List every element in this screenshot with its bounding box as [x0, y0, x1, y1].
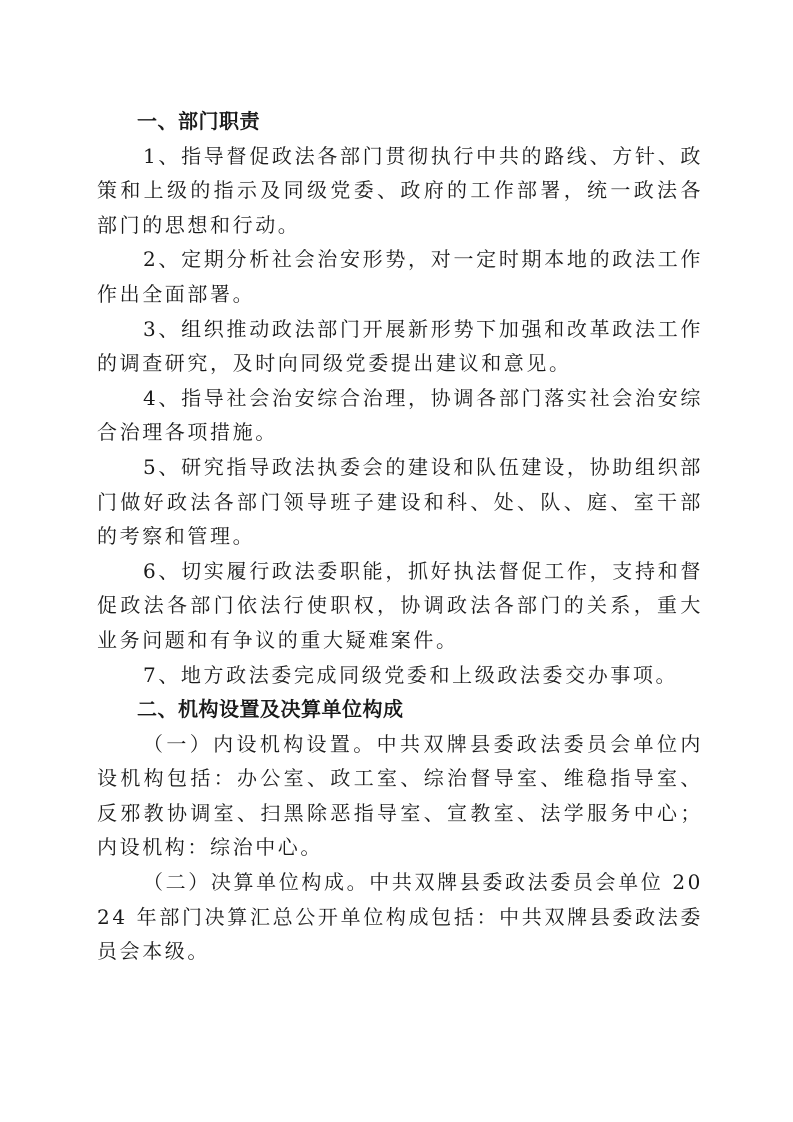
duty-item-7: 7、地方政法委完成同级党委和上级政法委交办事项。: [97, 658, 703, 693]
document-page: 一、部门职责 1、指导督促政法各部门贯彻执行中共的路线、方针、政策和上级的指示及…: [97, 104, 703, 969]
org-item-internal-setup: （一）内设机构设置。中共双牌县委政法委员会单位内设机构包括：办公室、政工室、综治…: [97, 727, 703, 865]
duty-item-3: 3、组织推动政法部门开展新形势下加强和改革政法工作的调查研究，及时向同级党委提出…: [97, 312, 703, 381]
duty-item-5: 5、研究指导政法执委会的建设和队伍建设，协助组织部门做好政法各部门领导班子建设和…: [97, 450, 703, 554]
duty-item-2: 2、定期分析社会治安形势，对一定时期本地的政法工作作出全面部署。: [97, 242, 703, 311]
section-heading-organization: 二、机构设置及决算单位构成: [97, 692, 703, 727]
org-item-budget-units: （二）决算单位构成。中共双牌县委政法委员会单位 2024 年部门决算汇总公开单位…: [97, 865, 703, 969]
duty-item-1: 1、指导督促政法各部门贯彻执行中共的路线、方针、政策和上级的指示及同级党委、政府…: [97, 139, 703, 243]
duty-item-6: 6、切实履行政法委职能，抓好执法督促工作，支持和督促政法各部门依法行使职权，协调…: [97, 554, 703, 658]
section-heading-department-duties: 一、部门职责: [97, 104, 703, 139]
duty-item-4: 4、指导社会治安综合治理，协调各部门落实社会治安综合治理各项措施。: [97, 381, 703, 450]
